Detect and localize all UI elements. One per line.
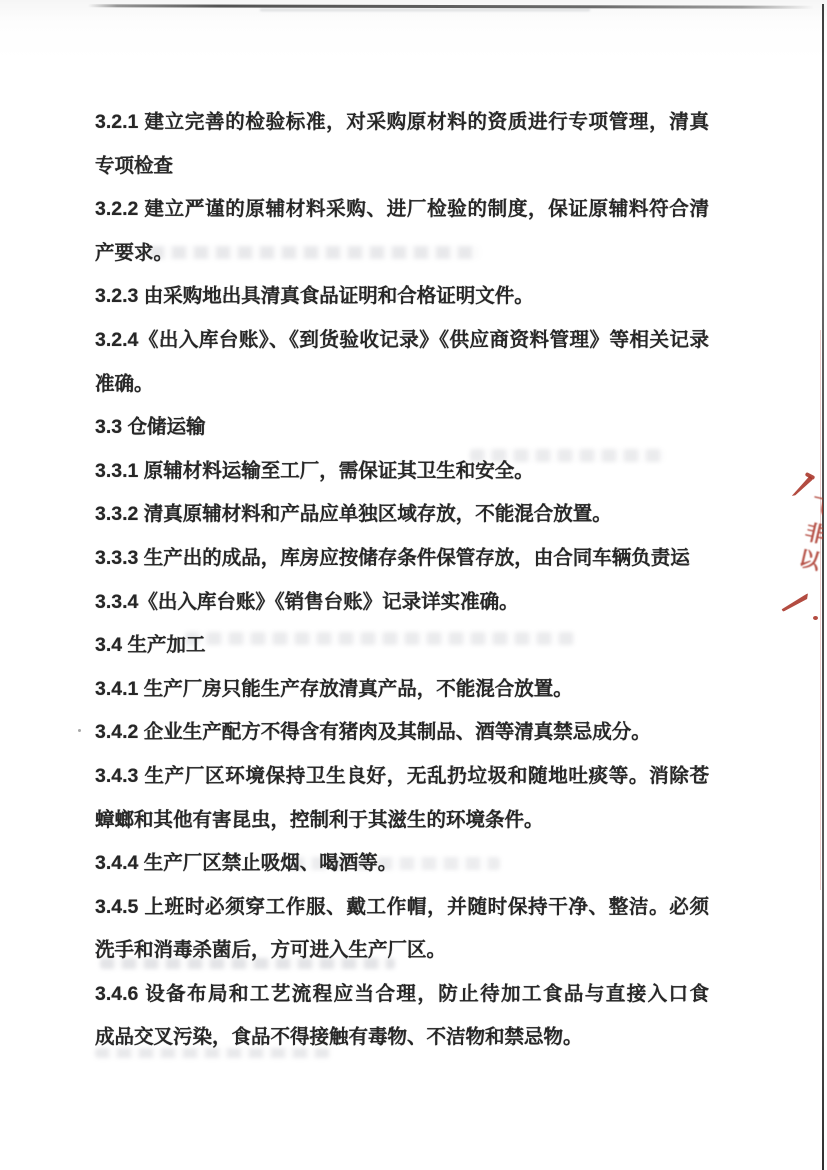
text-line: 3.2.4《出入库台账》、《到货验收记录》《供应商资料管理》等相关记录详实 bbox=[95, 319, 709, 363]
red-ink-annotation: 飞非以 bbox=[779, 468, 823, 633]
scanned-document-page: 3.2.1 建立完善的检验标准，对采购原材料的资质进行专项管理，清真资质作为 专… bbox=[0, 0, 827, 1170]
text-line: 3.3.2 清真原辅材料和产品应单独区域存放，不能混合放置。 bbox=[95, 493, 709, 537]
text-line: 3.2.3 由采购地出具清真食品证明和合格证明文件。 bbox=[95, 275, 709, 319]
red-ink-stroke bbox=[813, 616, 818, 620]
scan-top-edge-shadow bbox=[260, 9, 590, 11]
document-body: 3.2.1 建立完善的检验标准，对采购原材料的资质进行专项管理，清真资质作为 专… bbox=[95, 101, 709, 1060]
text-line: 准确。 bbox=[95, 363, 709, 407]
text-line: 蟑螂和其他有害昆虫，控制利于其滋生的环境条件。 bbox=[95, 799, 709, 843]
text-line: 3.2.2 建立严谨的原辅材料采购、进厂检验的制度，保证原辅料符合清真食品生 bbox=[95, 188, 709, 232]
red-ink-glyphs: 飞非以 bbox=[779, 492, 823, 607]
section-heading: 3.4 生产加工 bbox=[95, 624, 709, 668]
text-line: 3.3.4《出入库台账》《销售台账》记录详实准确。 bbox=[95, 581, 709, 625]
text-line: 3.4.6 设备布局和工艺流程应当合理，防止待加工食品与直接入口食品、原料与 bbox=[95, 973, 709, 1017]
text-line: 洗手和消毒杀菌后，方可进入生产厂区。 bbox=[95, 929, 709, 973]
red-ink-stroke bbox=[805, 472, 816, 480]
section-heading: 3.3 仓储运输 bbox=[95, 406, 709, 450]
text-line: 3.3.1 原辅材料运输至工厂，需保证其卫生和安全。 bbox=[95, 450, 709, 494]
text-line: 成品交叉污染，食品不得接触有毒物、不洁物和禁忌物。 bbox=[95, 1016, 709, 1060]
text-line: 3.4.3 生产厂区环境保持卫生良好，无乱扔垃圾和随地吐痰等。消除苍蝇、老鼠、 bbox=[95, 755, 709, 799]
text-line: 3.2.1 建立完善的检验标准，对采购原材料的资质进行专项管理，清真资质作为 bbox=[95, 101, 709, 145]
red-ink-stroke bbox=[781, 593, 811, 612]
text-line: 专项检查 bbox=[95, 145, 709, 189]
red-ink-stroke bbox=[790, 476, 813, 498]
scan-right-edge-line bbox=[822, 4, 825, 1170]
text-line: 3.4.5 上班时必须穿工作服、戴工作帽，并随时保持干净、整洁。必须经更衣、 bbox=[95, 886, 709, 930]
text-line: 3.4.1 生产厂房只能生产存放清真产品，不能混合放置。 bbox=[95, 668, 709, 712]
text-line: 3.4.2 企业生产配方不得含有猪肉及其制品、酒等清真禁忌成分。 bbox=[95, 711, 709, 755]
text-line: 3.3.3 生产出的成品，库房应按储存条件保管存放，由合同车辆负责运输。 bbox=[95, 537, 709, 581]
stray-mark-artifact bbox=[78, 729, 81, 732]
text-line: 产要求。 bbox=[95, 232, 709, 276]
text-line: 3.4.4 生产厂区禁止吸烟、喝酒等。 bbox=[95, 842, 709, 886]
